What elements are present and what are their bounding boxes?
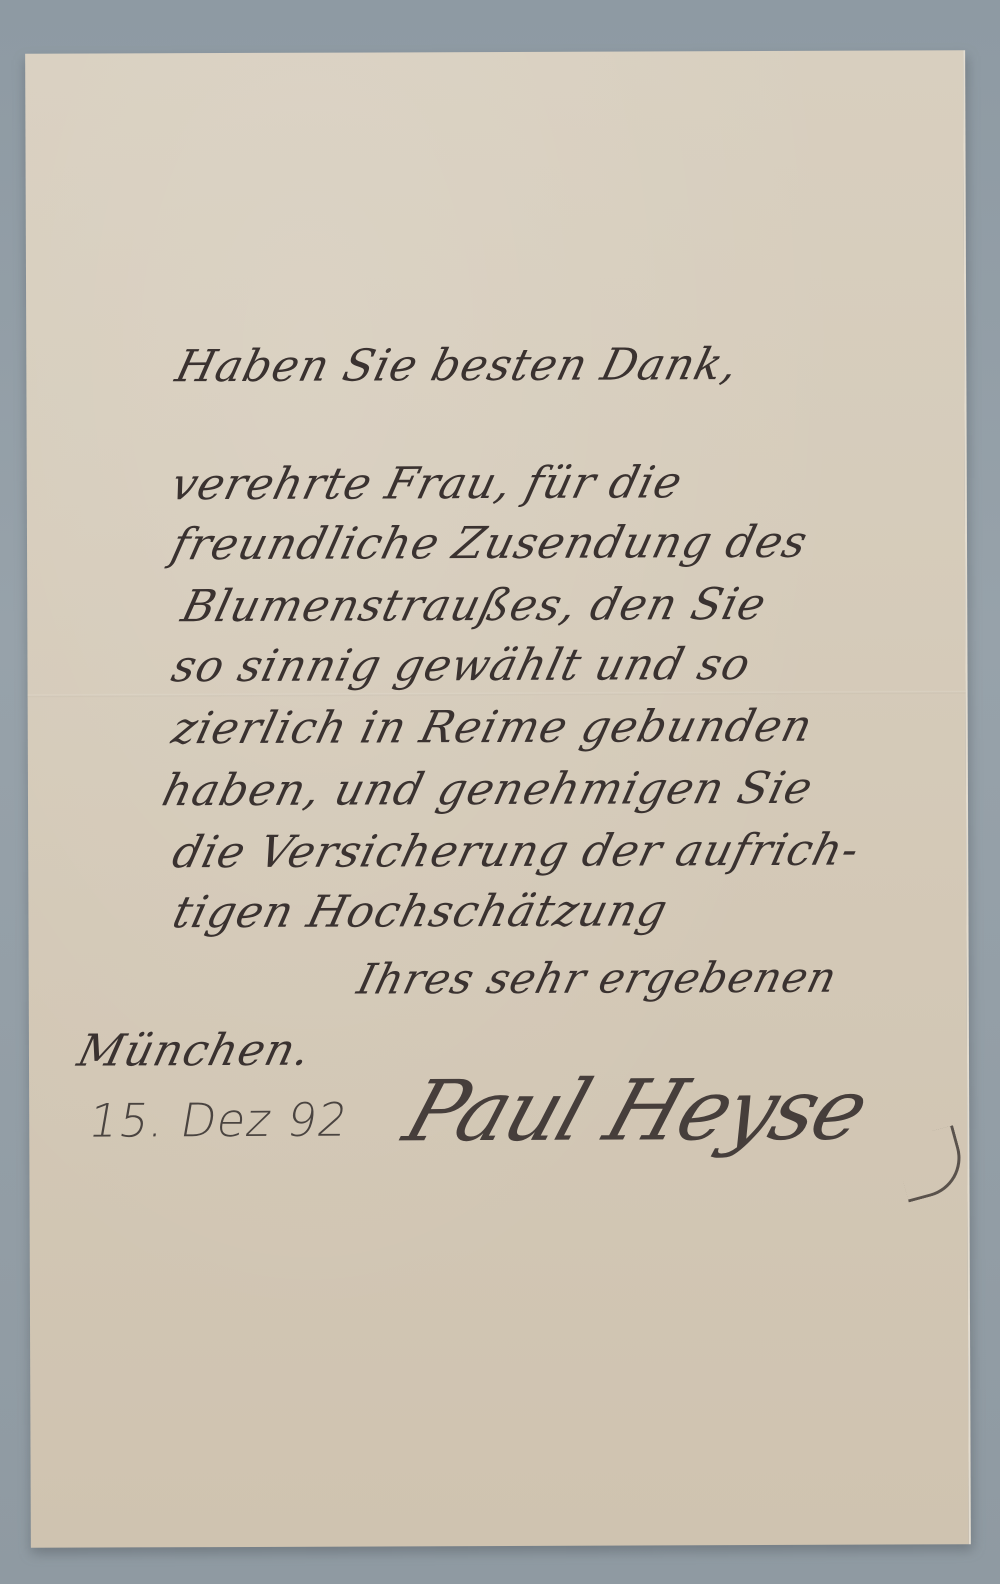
- letter-line-9: tigen Hochschätzung: [169, 889, 672, 935]
- letter-line-8: die Versicherung der aufrich-: [168, 829, 863, 876]
- letter-line-1: Haben Sie besten Dank,: [171, 343, 743, 389]
- letter-line-5: so sinnig gewählt und so: [168, 643, 755, 689]
- signature-flourish: [892, 1125, 969, 1202]
- letter-place: München.: [73, 1025, 317, 1077]
- letter-line-6: zierlich in Reime gebunden: [168, 705, 817, 751]
- letter-line-2: verehrte Frau, für die: [167, 461, 687, 507]
- letter-line-3: freundliche Zusendung des: [167, 521, 812, 567]
- letter-closing: Ihres sehr ergebenen: [353, 953, 843, 1004]
- letter-date: 15. Dez 92: [85, 1093, 353, 1148]
- letter-signature: Paul Heyse: [393, 1061, 878, 1161]
- letter-line-7: haben, und genehmigen Sie: [158, 767, 817, 814]
- letter-line-4: Blumenstraußes, den Sie: [177, 583, 770, 629]
- letter-paper: Haben Sie besten Dank, verehrte Frau, fü…: [25, 50, 971, 1548]
